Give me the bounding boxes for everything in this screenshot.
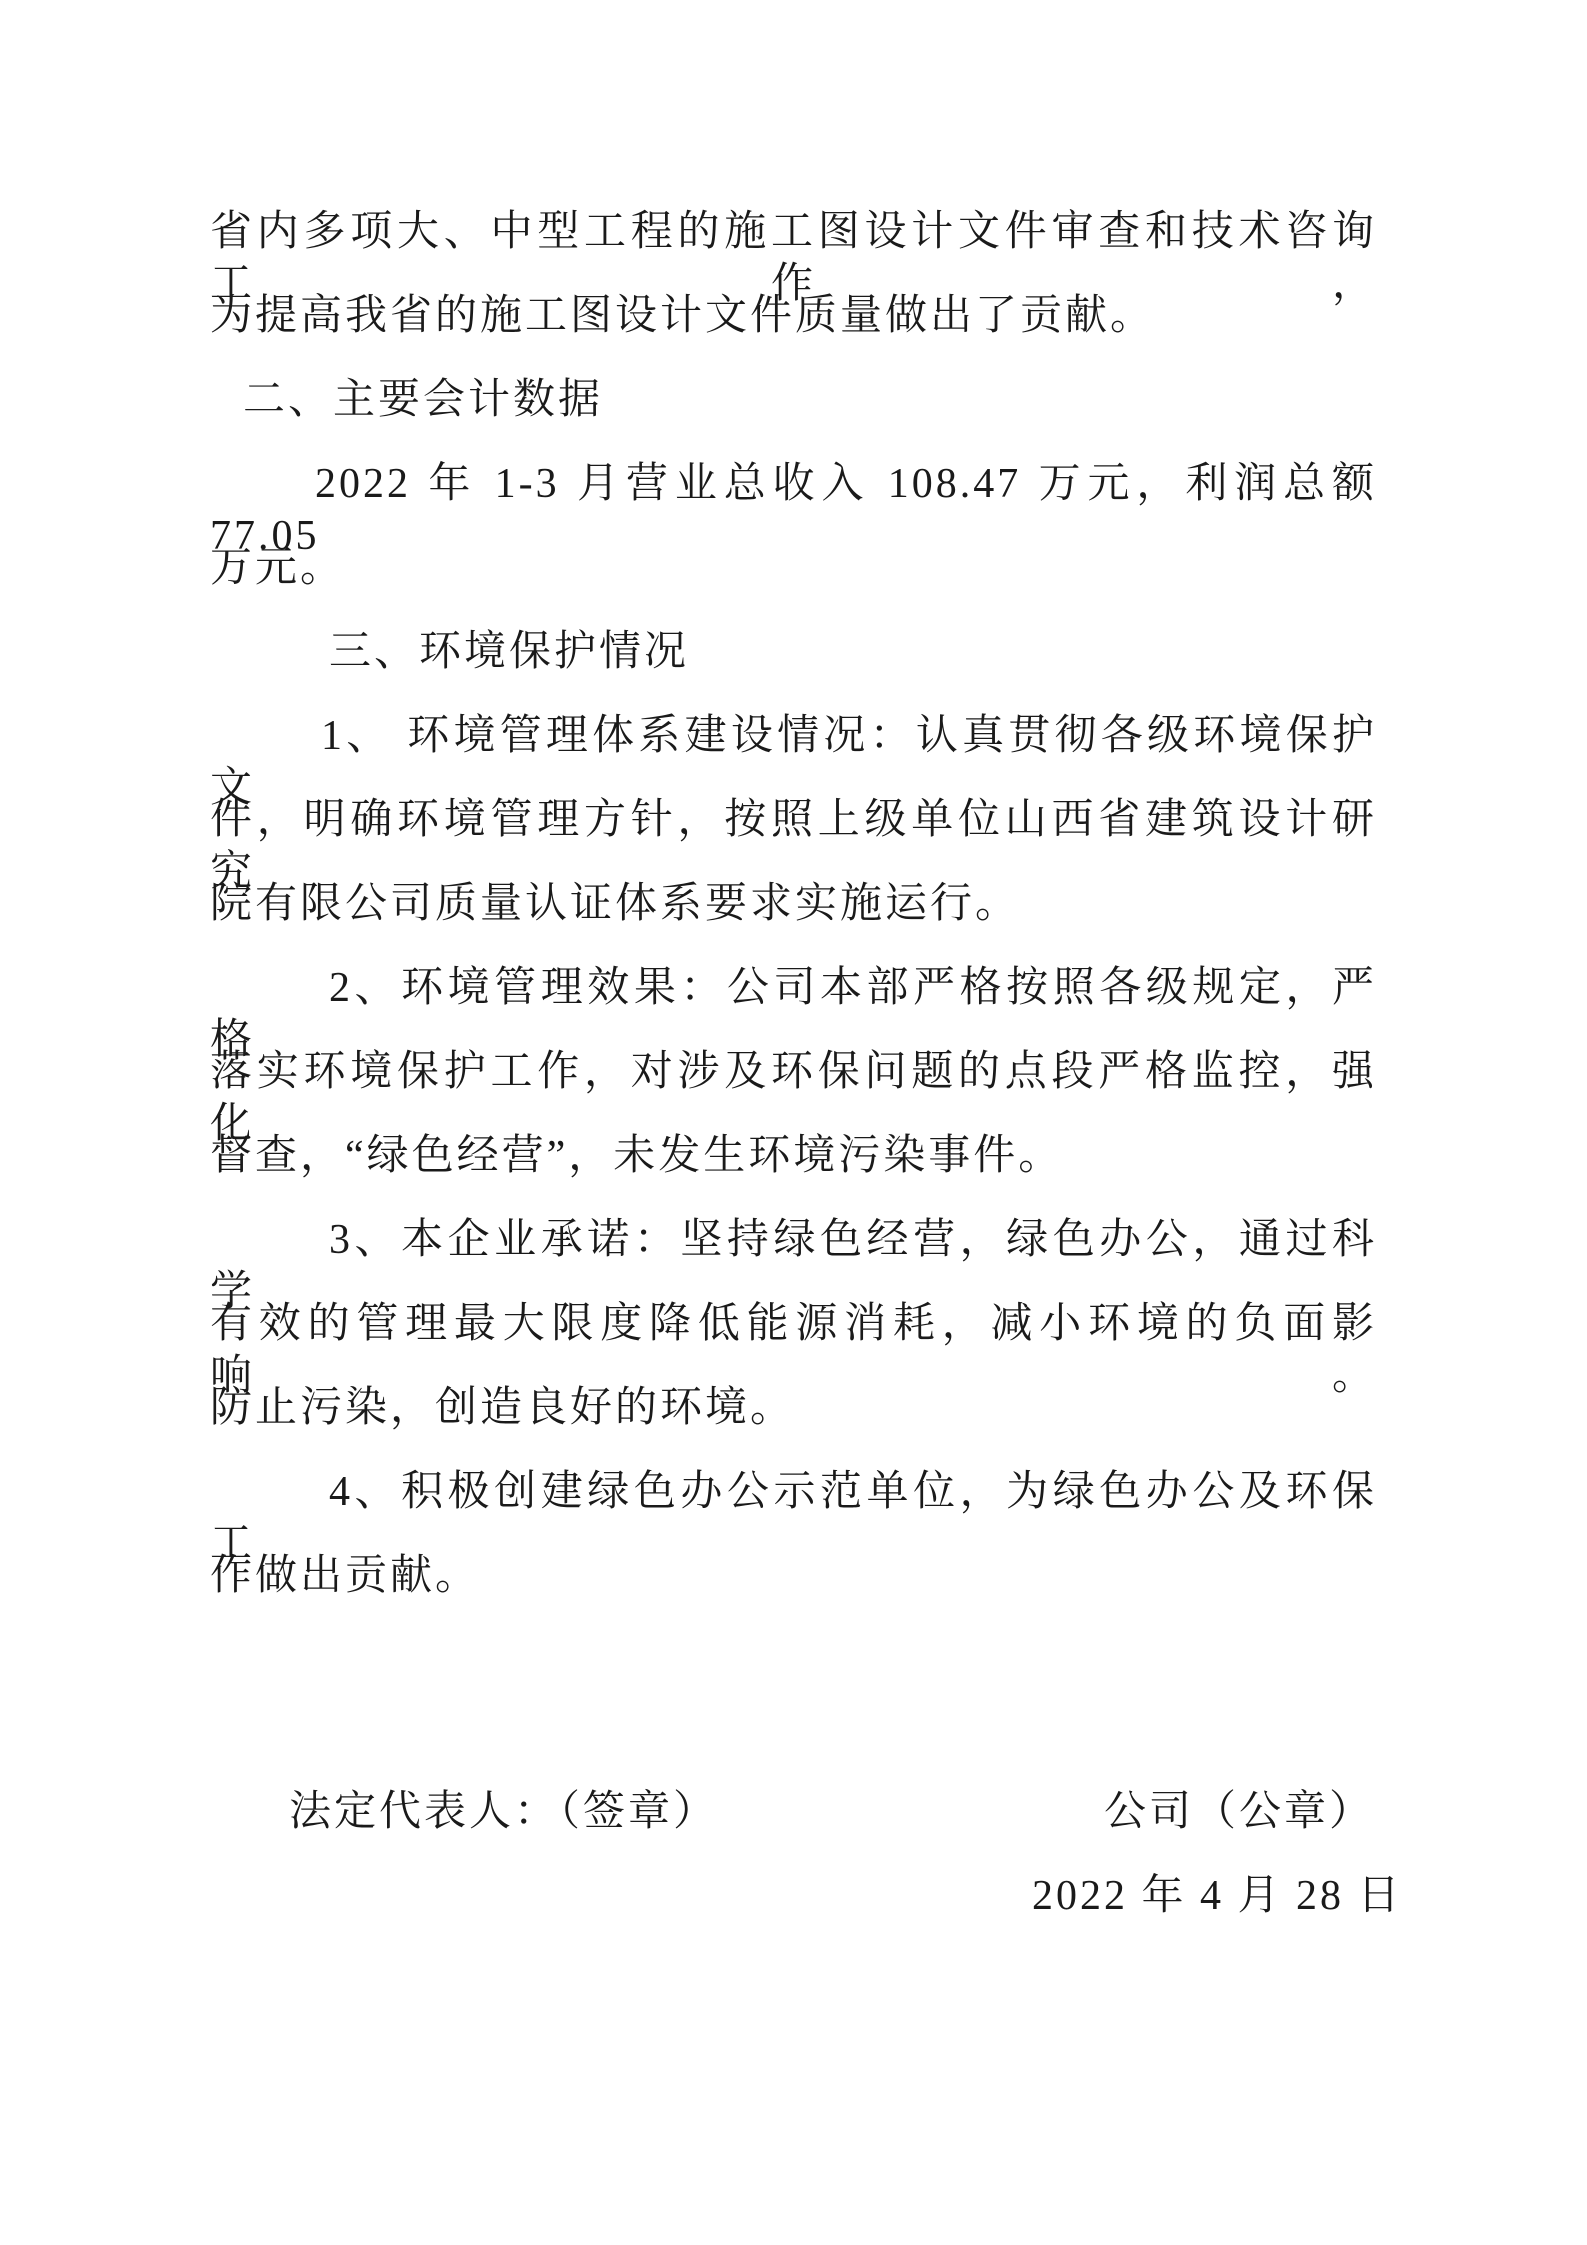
body-line-contribution: 为提高我省的施工图设计文件质量做出了贡献。	[210, 290, 1377, 342]
item3-line3: 防止污染，创造良好的环境。	[210, 1382, 1377, 1434]
item1-line3: 院有限公司质量认证体系要求实施运行。	[210, 878, 1377, 930]
body-line-wan-yuan: 万元。	[210, 542, 1377, 594]
document-date: 2022 年 4 月 28 日	[1032, 1870, 1403, 1922]
item4-line2: 作做出贡献。	[210, 1550, 1377, 1602]
item2-line3: 督查，“绿色经营”，未发生环境污染事件。	[210, 1130, 1377, 1182]
legal-representative-signature-label: 法定代表人：（签章）	[289, 1786, 718, 1838]
heading-environment: 三、环境保护情况	[210, 626, 1377, 678]
company-seal-label: 公司（公章）	[1104, 1786, 1374, 1838]
heading-accounting-data: 二、主要会计数据	[210, 374, 1377, 426]
document-page: 省内多项大、中型工程的施工图设计文件审查和技术咨询工作， 为提高我省的施工图设计…	[0, 0, 1587, 2245]
